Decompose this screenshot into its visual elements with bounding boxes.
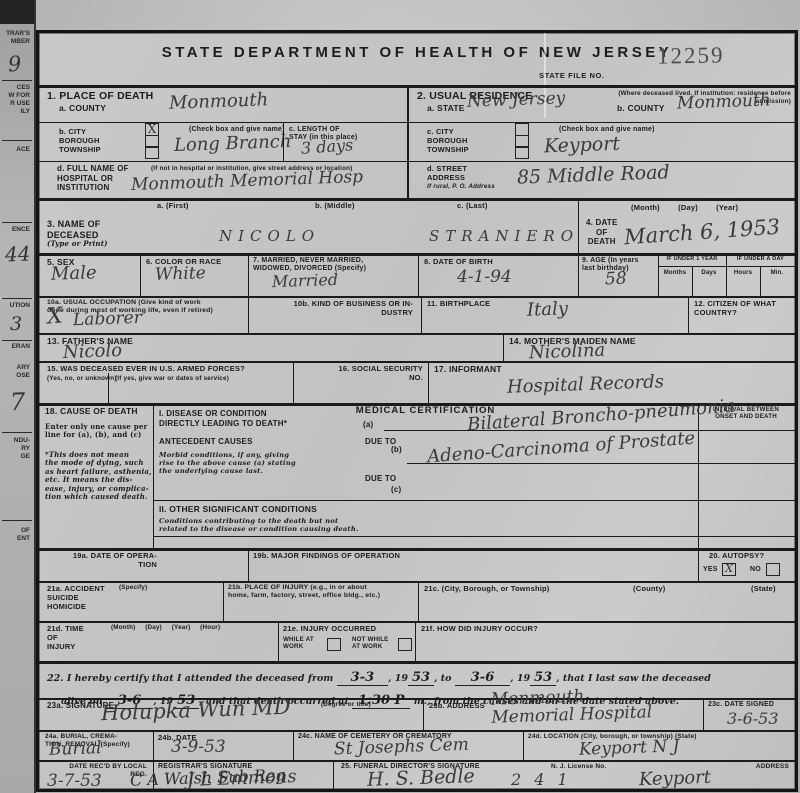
birthplace-value: Italy	[527, 300, 569, 320]
age-value: 58	[605, 271, 627, 290]
street-address-value: 85 Middle Road	[517, 163, 670, 188]
autopsy-no-label: NO	[750, 566, 761, 574]
margin-fragment: ERAN	[1, 343, 30, 351]
v-divider	[278, 621, 279, 661]
dob-label: 8. DATE OF BIRTH	[424, 257, 493, 266]
v-divider	[293, 730, 294, 760]
margin-fragment: ACE	[1, 146, 30, 154]
birthplace-label: 11. BIRTHPLACE	[427, 299, 490, 308]
due-to-c-label: DUE TO	[365, 474, 396, 484]
v-divider	[418, 253, 419, 296]
major-findings-label: 19b. MAJOR FINDINGS OF OPERATION	[253, 551, 400, 560]
margin-handwriting: 9	[7, 52, 22, 77]
v-divider	[726, 253, 727, 296]
residence-county-value: Monmouth	[677, 92, 771, 113]
other-conditions-label: II. OTHER SIGNIFICANT CONDITIONS	[159, 504, 317, 514]
date-of-death-value: March 6, 1953	[623, 216, 780, 249]
v-divider	[333, 760, 334, 789]
injury-occurred-label: 21e. INJURY OCCURRED	[283, 624, 376, 633]
v-divider	[760, 266, 761, 296]
last-name-col-label: c. (Last)	[457, 201, 488, 210]
cemetery-value: St Josephs Cem	[334, 737, 469, 760]
h-divider	[407, 161, 795, 162]
place-of-injury-label: 21b. PLACE OF INJURY (e.g., in or about …	[228, 584, 380, 600]
residence-city-value: Keyport	[544, 135, 621, 158]
mother-maiden-name-value: Nicolina	[529, 342, 606, 364]
margin-divider	[2, 80, 32, 81]
state-label: a. STATE	[427, 103, 465, 113]
v-divider	[418, 581, 419, 621]
if-under-a-day-label: IF UNDER A DAY	[726, 256, 795, 263]
morbid-note: Morbid conditions, if any, giving rise t…	[159, 451, 296, 475]
certify-text: , to	[434, 673, 451, 684]
burial-date-value: 3-9-53	[171, 739, 226, 757]
margin-divider	[2, 432, 32, 433]
certify-text: 22. I hereby certify that I attended the…	[47, 673, 333, 684]
h-divider	[407, 122, 795, 123]
hospital-value: Monmouth Memorial Hosp	[131, 169, 364, 195]
certify-text: , 19	[388, 673, 408, 684]
county-value: Monmouth	[169, 91, 269, 113]
while-at-work-label: WHILE AT WORK	[283, 636, 314, 651]
ssn-label: 16. SOCIAL SECURITY NO.	[297, 364, 423, 382]
dob-value: 4-1-94	[457, 269, 512, 287]
margin-fragment: CES W FOR R USE ILY	[1, 84, 30, 117]
checkbox	[515, 146, 529, 159]
disease-condition-label: I. DISEASE OR CONDITION DIRECTLY LEADING…	[159, 409, 287, 428]
v-divider	[698, 548, 699, 581]
v-divider	[248, 296, 249, 333]
county-label: a. COUNTY	[59, 103, 106, 113]
armed-forces-hint2: (If yes, give war or dates of service)	[115, 375, 285, 383]
armed-forces-hint1: (Yes, no, or unknown)	[47, 375, 117, 383]
certify-to-value: 3-6	[455, 670, 511, 686]
autopsy-no-checkbox	[766, 563, 780, 576]
cause-note2: *This does not mean the mode of dying, s…	[45, 451, 152, 501]
cause-c-label: (c)	[391, 485, 401, 495]
occupation-value: Laborer	[73, 310, 142, 330]
margin-fragment: OF ENT	[1, 527, 30, 543]
state-file-no-label: STATE FILE NO.	[539, 71, 605, 80]
v-divider	[428, 361, 429, 403]
v-divider	[692, 266, 693, 296]
margin-fragment: ARY OSE	[1, 364, 30, 380]
months-label: Months	[659, 270, 691, 277]
min-label: Min.	[761, 270, 793, 277]
checkbox	[145, 146, 159, 159]
marital-value: Married	[272, 272, 339, 291]
death-certificate-form: STATE DEPARTMENT OF HEALTH OF NEW JERSEY…	[36, 30, 798, 792]
v-divider	[421, 296, 422, 333]
citizen-label: 12. CITIZEN OF WHAT COUNTRY?	[694, 299, 776, 317]
cause-b-label: (b)	[391, 445, 402, 455]
hours-label: Hours	[727, 270, 759, 277]
h-divider	[39, 361, 795, 363]
residence-city-label: c. CITY BOROUGH TOWNSHIP	[427, 127, 469, 154]
father-name-value: Nicolo	[63, 342, 123, 363]
not-while-at-work-label: NOT WHILE AT WORK	[352, 636, 389, 651]
v-divider	[523, 730, 524, 760]
fd-address-value: Keyport	[639, 769, 712, 790]
city-borough-township-label: b. CITY BOROUGH TOWNSHIP	[59, 127, 101, 154]
interval-line	[698, 500, 795, 501]
certify-text: , 19	[510, 673, 530, 684]
injury-county-label: (County)	[633, 584, 665, 593]
length-of-stay-value: 3 days	[300, 137, 353, 157]
city-value: Long Branch	[174, 133, 292, 156]
race-value: White	[155, 265, 206, 285]
v-divider	[688, 296, 689, 333]
sex-value: Male	[51, 264, 97, 284]
first-name-value: NICOLO	[219, 229, 320, 245]
answer-line	[153, 536, 698, 537]
place-of-death-label: 1. PLACE OF DEATH	[47, 90, 153, 103]
certify-from-value: 3-3	[337, 670, 389, 686]
name-hint: (Type or Print)	[47, 240, 108, 248]
interval-line	[698, 536, 795, 537]
left-margin-strip: TRAR'S MBER 9 CES W FOR R USE ILY ACE EN…	[0, 0, 36, 793]
h-divider	[39, 85, 795, 88]
cause-a-label: (a)	[363, 420, 373, 430]
business-label: 10b. KIND OF BUSINESS OR IN- DUSTRY	[253, 299, 413, 317]
margin-divider	[2, 340, 32, 341]
burial-location-value: Keyport N J	[579, 738, 680, 759]
margin-handwriting: 44	[5, 242, 31, 267]
other-conditions-note: Conditions contributing to the death but…	[159, 517, 359, 533]
v-divider	[248, 548, 249, 581]
residence-county-label: b. COUNTY	[617, 103, 665, 113]
v-divider	[108, 373, 109, 403]
v-divider	[703, 698, 704, 730]
date-of-operation-label: 19a. DATE OF OPERA- TION	[47, 551, 157, 569]
v-divider	[578, 253, 579, 296]
armed-forces-label: 15. WAS DECEASED EVER IN U.S. ARMED FORC…	[47, 364, 291, 373]
date-recd-value: 3-7-53	[47, 773, 102, 791]
v-divider	[503, 333, 504, 361]
margin-divider	[2, 140, 32, 141]
h-divider	[39, 333, 795, 335]
days-label: Days	[693, 270, 725, 277]
autopsy-yes-label: YES	[703, 566, 718, 574]
interval-line	[698, 463, 795, 464]
h-divider	[39, 198, 795, 201]
specify-hint: (Specify)	[119, 584, 147, 592]
margin-handwriting: 3	[10, 313, 22, 335]
city-checkbox-stack: X	[145, 125, 158, 159]
residence-city-checkbox-stack	[515, 125, 528, 159]
v-divider	[153, 403, 154, 548]
how-did-injury-occur-label: 21f. HOW DID INJURY OCCUR?	[421, 624, 538, 633]
margin-fragment: NDU- RY GE	[1, 437, 30, 461]
scanned-page: TRAR'S MBER 9 CES W FOR R USE ILY ACE EN…	[0, 0, 800, 793]
v-divider	[407, 85, 409, 198]
answer-line	[153, 500, 698, 501]
h-divider	[39, 581, 795, 583]
margin-divider	[2, 298, 32, 299]
certify-year1-value: 53	[408, 670, 434, 686]
hospital-label: d. FULL NAME OF HOSPITAL OR INSTITUTION	[57, 164, 129, 193]
margin-handwriting: 7	[10, 388, 26, 417]
last-name-value: STRANIERO	[429, 229, 579, 245]
v-divider	[223, 581, 224, 621]
not-while-at-work-checkbox	[398, 638, 412, 651]
antecedent-label: ANTECEDENT CAUSES	[159, 437, 253, 447]
address-label: 23b. ADDRESS	[429, 701, 485, 710]
v-divider	[140, 253, 141, 296]
v-divider	[423, 698, 424, 730]
fd-address-label: ADDRESS	[729, 763, 789, 771]
v-divider	[578, 198, 579, 253]
burial-type-value: Burial	[49, 740, 102, 760]
v-divider	[248, 253, 249, 296]
scan-edge-block	[0, 0, 34, 24]
license-no-value: 2 4 1	[511, 772, 572, 789]
v-divider	[415, 621, 416, 661]
cause-of-death-label: 18. CAUSE OF DEATH	[45, 406, 138, 416]
informant-label: 17. INFORMANT	[434, 364, 502, 374]
autopsy-yes-checkbox: X	[722, 563, 736, 576]
state-value: New Jersey	[467, 90, 566, 111]
state-file-number-stamp: 12259	[657, 42, 725, 69]
margin-fragment: ENCE	[1, 226, 30, 234]
v-divider	[698, 403, 699, 548]
cause-note1: Enter only one cause per line for (a), (…	[45, 423, 147, 440]
informant-value: Hospital Records	[507, 373, 665, 397]
v-divider	[293, 361, 294, 403]
h-divider	[39, 122, 407, 123]
h-divider	[39, 661, 795, 664]
v-divider	[153, 730, 154, 760]
injury-city-label: 21c. (City, Borough, or Township)	[424, 584, 550, 593]
while-at-work-checkbox	[327, 638, 341, 651]
degree-title-hint: (Degree or title)	[321, 701, 371, 709]
margin-fragment: TRAR'S MBER	[1, 30, 30, 46]
funeral-director-signature-value: H. S. Bedle	[367, 767, 475, 791]
signature-value: Holupka Wun MD	[101, 696, 291, 725]
street-address-hint: If rural, P. O. Address	[427, 183, 495, 191]
date-of-death-label: 4. DATE OF DEATH	[586, 218, 617, 247]
street-address-label: d. STREET ADDRESS	[427, 164, 467, 182]
date-signed-value: 3-6-53	[727, 711, 779, 728]
time-of-injury-cols: (Month) (Day) (Year) (Hour)	[111, 624, 220, 632]
dod-col-labels: (Month) (Day) (Year)	[631, 203, 738, 212]
address-value: Monmouth Memorial Hospital	[490, 686, 652, 727]
margin-divider	[2, 222, 32, 223]
time-of-injury-label: 21d. TIME OF INJURY	[47, 624, 84, 651]
interval-line	[698, 430, 795, 431]
first-name-col-label: a. (First)	[157, 201, 189, 210]
certify-text: , that I last saw the deceased	[556, 673, 711, 684]
name-of-deceased-label: 3. NAME OF DECEASED	[47, 219, 101, 241]
middle-name-col-label: b. (Middle)	[315, 201, 355, 210]
h-divider	[39, 621, 795, 623]
margin-fragment: UTION	[1, 302, 30, 310]
autopsy-label: 20. AUTOPSY?	[709, 551, 764, 560]
v-divider	[283, 122, 284, 161]
margin-divider	[2, 520, 32, 521]
h-divider	[39, 296, 795, 298]
answer-line	[407, 463, 698, 464]
certify-year2-value: 53	[530, 670, 556, 686]
occupation-mark: X	[46, 304, 63, 328]
accident-suicide-homicide-label: 21a. ACCIDENT SUICIDE HOMICIDE	[47, 584, 105, 611]
injury-state-label: (State)	[751, 584, 776, 593]
if-under-1-year-label: IF UNDER 1 YEAR	[658, 256, 726, 263]
h-divider	[39, 161, 407, 162]
